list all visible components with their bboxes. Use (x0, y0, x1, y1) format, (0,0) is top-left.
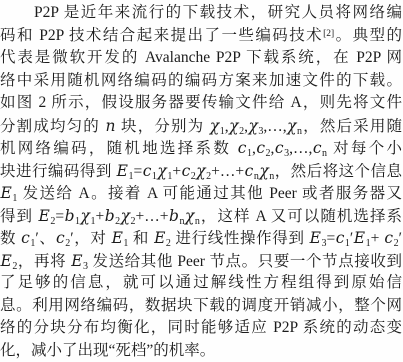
math-variable: c (256, 139, 266, 157)
math-subscript: 1 (90, 216, 95, 227)
text-line: 如图 2 所示，假设服务器要传输文件给 A，则先将文件 (0, 92, 402, 115)
math-variable: E (0, 252, 12, 270)
math-variable: b (104, 207, 115, 225)
math-variable: χ (157, 162, 167, 180)
text-line: 得到 E2=b1χ1+b2χ2+…+bnχn，这样 A 又可以随机选择系 (0, 205, 402, 228)
math-variable: E (38, 207, 50, 225)
math-variable: c (384, 229, 394, 247)
math-subscript: 1 (167, 171, 172, 182)
math-subscript: 1 (30, 238, 35, 249)
math-subscript: 1 (345, 238, 350, 249)
math-variable: χ (120, 207, 130, 225)
math-subscript: n (269, 171, 274, 182)
math-subscript: 1 (220, 126, 225, 137)
math-variable: c (142, 162, 152, 180)
text-line: 化，减小了出现“死档”的机率。 (0, 340, 402, 362)
math-subscript: 1 (123, 238, 128, 249)
text-line: 了足够的信息，就可以通过解线性方程组得到原始信 (0, 272, 402, 295)
math-variable: E (309, 229, 321, 247)
math-subscript: 1 (12, 193, 17, 204)
text-line: 络的分块分布均衡化，同时能够适应 P2P 系统的动态变 (0, 317, 402, 340)
math-variable: c (335, 229, 345, 247)
citation-superscript: [2] (323, 29, 334, 39)
math-subscript: 2 (65, 238, 70, 249)
math-variable: b (169, 207, 180, 225)
text-line: 块进行编码得到 E1=c1χ1+c2χ2+…+cnχn，然后将这个信息 (0, 160, 402, 183)
paper-paragraph: P2P 是近年来流行的下载技术，研究人员将网络编码和 P2P 技术结合起来提出了… (0, 0, 403, 362)
math-variable: E (154, 229, 166, 247)
text-line: 代表是微软开发的 Avalanche P2P 下载系统，在 P2P 网 (0, 47, 402, 70)
math-subscript: 3 (258, 126, 263, 137)
math-subscript: 2 (166, 238, 171, 249)
math-variable: χ (248, 117, 258, 135)
math-variable: c (274, 139, 284, 157)
text-line: 分割成均匀的 n 块，分别为 χ1,χ2,χ3,…,χn，然后采用随 (0, 115, 402, 138)
math-variable: c (56, 229, 66, 247)
math-subscript: 2 (394, 238, 399, 249)
math-subscript: 2 (12, 261, 17, 272)
math-variable: χ (209, 117, 219, 135)
math-variable: E (111, 229, 123, 247)
math-subscript: 2 (191, 171, 196, 182)
math-variable: χ (80, 207, 90, 225)
math-variable: E (0, 184, 12, 202)
math-variable: E (353, 229, 365, 247)
math-variable: b (64, 207, 75, 225)
math-subscript: 1 (247, 148, 252, 159)
math-subscript: 2 (206, 171, 211, 182)
math-variable: χ (287, 117, 297, 135)
math-subscript: 2 (50, 216, 55, 227)
math-subscript: 2 (239, 126, 244, 137)
text-line: P2P 是近年来流行的下载技术，研究人员将网络编 (0, 2, 402, 25)
math-variable: χ (229, 117, 239, 135)
math-variable: c (312, 139, 322, 157)
math-subscript: 1 (366, 238, 371, 249)
math-variable: c (181, 162, 191, 180)
math-variable: n (105, 117, 116, 135)
text-line: 数 c1′、c2′，对 E1 和 E2 进行线性操作得到 E3=c1′E1+ c… (0, 227, 402, 250)
math-subscript: n (322, 148, 327, 159)
math-subscript: 3 (83, 261, 88, 272)
math-subscript: 3 (284, 148, 289, 159)
math-variable: χ (184, 207, 194, 225)
math-subscript: n (297, 126, 302, 137)
math-variable: c (237, 139, 247, 157)
math-variable: χ (259, 162, 269, 180)
math-subscript: 2 (266, 148, 271, 159)
text-line: 机网络编码，随机地选择系数 c1,c2,c3,…,cn 对每个小 (0, 137, 402, 160)
math-subscript: 2 (131, 216, 136, 227)
math-subscript: 3 (321, 238, 326, 249)
text-line: 码和 P2P 技术结合起来提出了一些编码技术[2]。典型的 (0, 25, 402, 48)
text-line: 络中采用随机网络编码的编码方案来加速文件的下载。 (0, 70, 402, 93)
text-line: E2，再将 E3 发送给其他 Peer 节点。只要一个节点接收到 (0, 250, 402, 273)
math-variable: c (244, 162, 254, 180)
math-subscript: 1 (128, 171, 133, 182)
math-variable: χ (196, 162, 206, 180)
math-variable: E (71, 252, 83, 270)
math-variable: E (116, 162, 128, 180)
math-variable: c (21, 229, 31, 247)
text-line: E1 发送给 A。接着 A 可能通过其他 Peer 或者服务器又 (0, 182, 402, 205)
math-subscript: n (195, 216, 200, 227)
text-line: 息。利用网络编码，数据块下载的调度开销减小，整个网 (0, 295, 402, 318)
